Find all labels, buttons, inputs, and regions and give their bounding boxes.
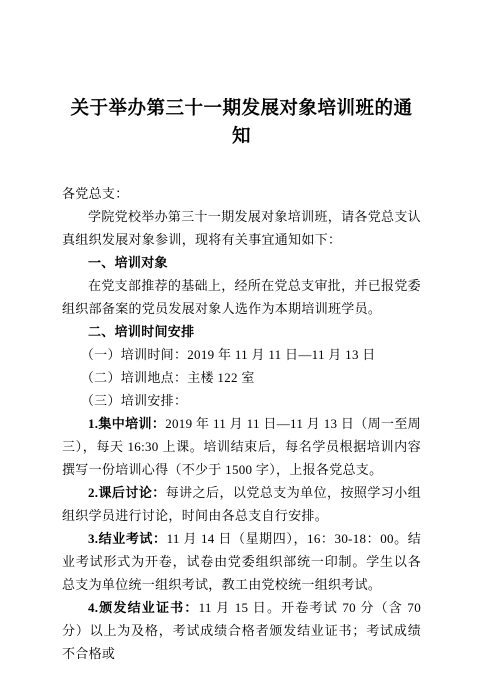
paragraph: 一、培训对象 — [62, 251, 421, 274]
text-run: 学院党校举办第三十一期发展对象培训班，请各党总支认真组织发展对象参训，现将有关事… — [62, 209, 421, 247]
paragraph: 在党支部推荐的基础上，经所在党总支审批，并已报党委组织部备案的党员发展对象人选作… — [62, 274, 421, 320]
document-title: 关于举办第三十一期发展对象培训班的通知 — [62, 95, 421, 151]
bold-text-run: 3.结业考试： — [88, 531, 167, 546]
document-body: 各党总支：学院党校举办第三十一期发展对象培训班，请各党总支认真组织发展对象参训，… — [62, 182, 421, 665]
text-run: （二）培训地点：主楼 122 室 — [81, 370, 255, 385]
paragraph: 学院党校举办第三十一期发展对象培训班，请各党总支认真组织发展对象参训，现将有关事… — [62, 205, 421, 251]
text-run: 各党总支： — [62, 186, 129, 201]
bold-text-run: 二、培训时间安排 — [88, 324, 194, 339]
bold-text-run: 1.集中培训： — [88, 416, 165, 431]
text-run: （一）培训时间：2019 年 11 月 11 日—11 月 13 日 — [81, 347, 376, 362]
paragraph: （三）培训安排： — [62, 389, 421, 412]
document-page: 关于举办第三十一期发展对象培训班的通知 各党总支：学院党校举办第三十一期发展对象… — [0, 0, 482, 683]
bold-text-run: 4.颁发结业证书： — [88, 600, 199, 615]
paragraph: 二、培训时间安排 — [62, 320, 421, 343]
paragraph: （二）培训地点：主楼 122 室 — [62, 366, 421, 389]
text-run: （三）培训安排： — [81, 393, 187, 408]
paragraph: 各党总支： — [62, 182, 421, 205]
paragraph: 4.颁发结业证书：11 月 15 日。开卷考试 70 分（含 70 分）以上为及… — [62, 596, 421, 665]
paragraph: 3.结业考试：11 月 14 日（星期四），16：30-18：00。结业考试形式… — [62, 527, 421, 596]
paragraph: 1.集中培训：2019 年 11 月 11 日—11 月 13 日（周一至周三）… — [62, 412, 421, 481]
bold-text-run: 2.课后讨论： — [88, 485, 166, 500]
paragraph: （一）培训时间：2019 年 11 月 11 日—11 月 13 日 — [62, 343, 421, 366]
paragraph: 2.课后讨论：每讲之后，以党总支为单位，按照学习小组组织学员进行讨论，时间由各总… — [62, 481, 421, 527]
text-run: 在党支部推荐的基础上，经所在党总支审批，并已报党委组织部备案的党员发展对象人选作… — [62, 278, 421, 316]
bold-text-run: 一、培训对象 — [88, 255, 168, 270]
